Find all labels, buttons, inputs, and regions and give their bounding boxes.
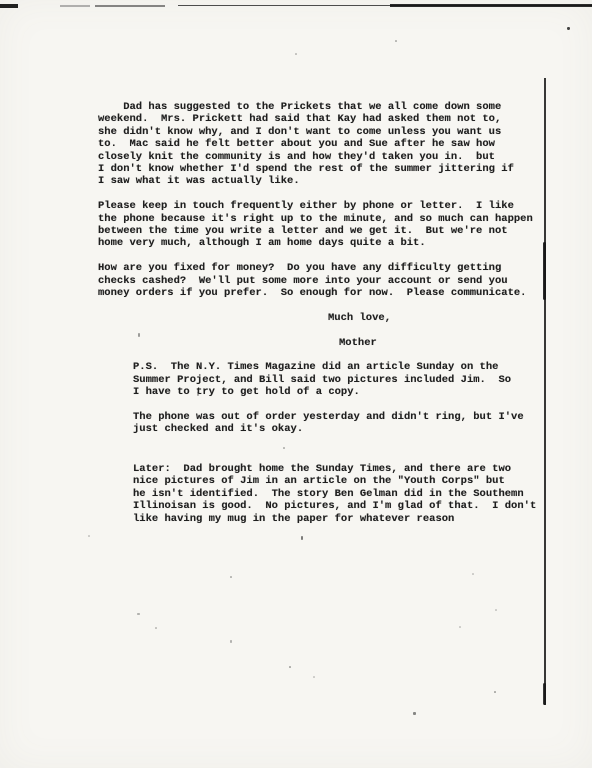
scan-speck [567, 27, 570, 30]
letter-body: Dad has suggested to the Prickets that w… [98, 101, 558, 537]
scan-top-edge-segment [390, 4, 592, 7]
paragraph-dad-suggestion: Dad has suggested to the Prickets that w… [98, 101, 558, 188]
scan-speck [494, 691, 496, 693]
postscript: P.S. The N.Y. Times Magazine did an arti… [133, 361, 558, 398]
scan-speck [495, 609, 497, 611]
valediction: Much love, [98, 312, 558, 324]
scan-speck [230, 576, 232, 578]
scan-speck [395, 40, 397, 42]
phone-note: The phone was out of order yesterday and… [133, 411, 558, 436]
signature: Mother [98, 337, 558, 349]
scan-vertical-crease-bulge [543, 683, 546, 705]
scan-speck [88, 535, 90, 537]
scan-speck [230, 640, 232, 643]
paragraph-keep-in-touch: Please keep in touch frequently either b… [98, 200, 558, 250]
scan-speck [413, 712, 416, 715]
scan-speck [289, 666, 291, 668]
letter-page: Dad has suggested to the Prickets that w… [0, 0, 592, 768]
scan-top-edge-segment [60, 5, 90, 7]
later-note: Later: Dad brought home the Sunday Times… [133, 463, 558, 525]
scan-speck [472, 573, 474, 575]
scan-speck [313, 676, 315, 678]
scan-speck [155, 627, 157, 629]
scan-speck [295, 53, 297, 55]
paragraph-money: How are you fixed for money? Do you have… [98, 262, 558, 299]
scan-speck [137, 613, 140, 615]
scan-top-edge-segment [95, 5, 165, 7]
scan-top-edge-segment [0, 4, 18, 8]
scan-speck [459, 626, 461, 628]
